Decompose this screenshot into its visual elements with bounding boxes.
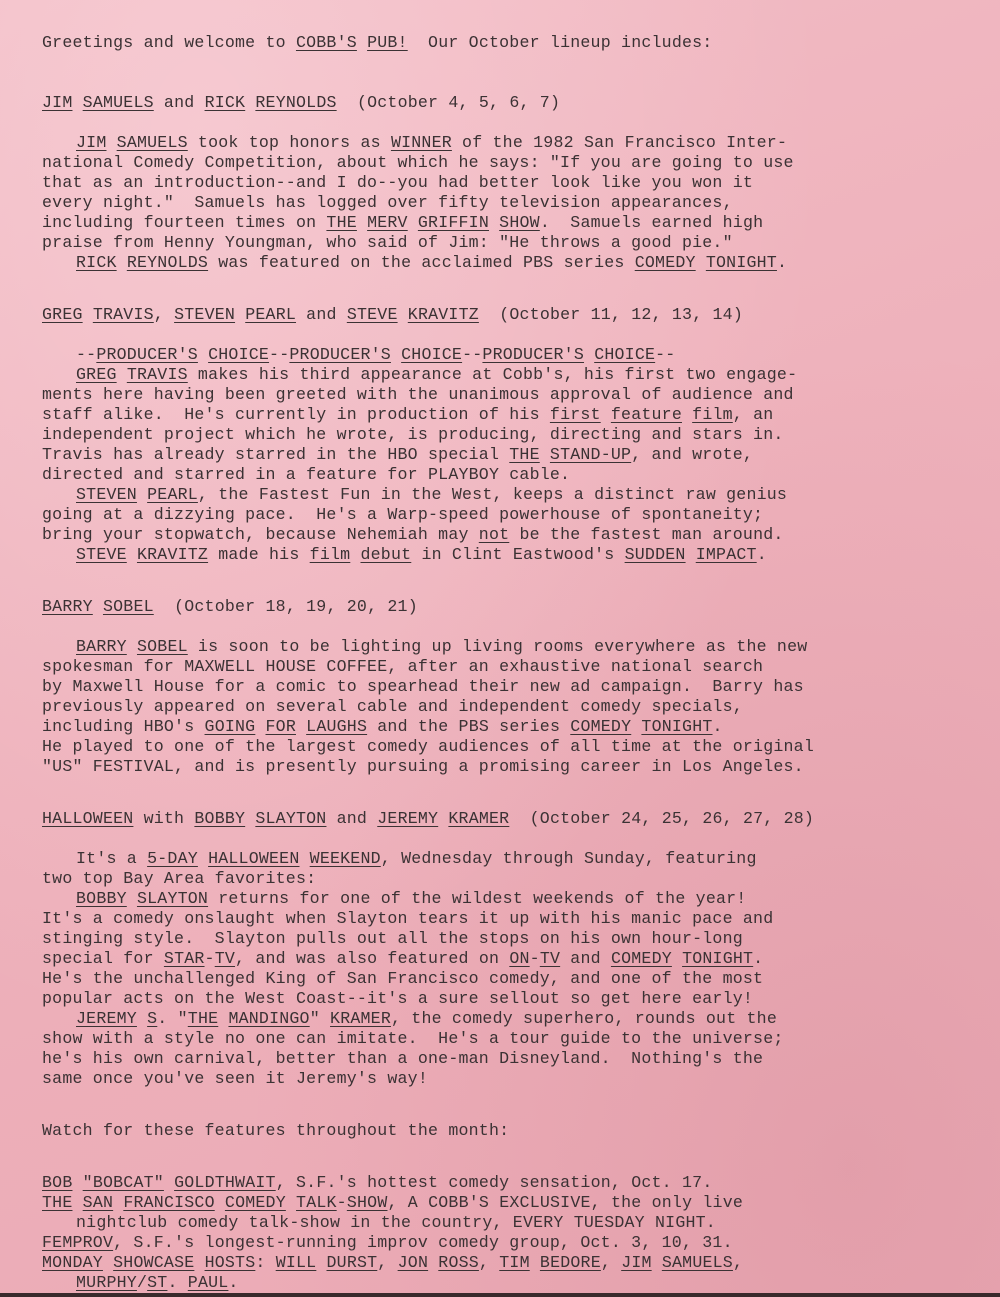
- performer-name-word: STEVE: [347, 305, 398, 324]
- text-run: [164, 1173, 174, 1192]
- text-run: -: [205, 949, 215, 968]
- text-run: /: [137, 1273, 147, 1292]
- text-run: , the Fastest Fun in the West, keeps a d…: [198, 485, 787, 504]
- act-heading: BARRY SOBEL (October 18, 19, 20, 21): [42, 597, 962, 617]
- act-heading: HALLOWEEN with BOBBY SLAYTON and JEREMY …: [42, 809, 962, 829]
- underlined-title: BARRY: [76, 637, 127, 656]
- underlined-title: TALK: [296, 1193, 337, 1212]
- text-run: previously appeared on several cable and…: [42, 697, 743, 716]
- text-run: .: [167, 1273, 187, 1292]
- text-run: , S.F.'s hottest comedy sensation, Oct. …: [276, 1173, 713, 1192]
- spacer: [42, 325, 962, 345]
- underlined-title: JEREMY: [76, 1009, 137, 1028]
- text-run: [127, 545, 137, 564]
- text-run: every night." Samuels has logged over fi…: [42, 193, 733, 212]
- underlined-title: SHOW: [499, 213, 540, 232]
- show-dates: (October 24, 25, 26, 27, 28): [509, 809, 814, 828]
- underlined-title: TIM: [499, 1253, 529, 1272]
- underlined-title: HOSTS: [205, 1253, 256, 1272]
- feature-line: MONDAY SHOWCASE HOSTS: WILL DURST, JON R…: [42, 1253, 962, 1273]
- spacer: [42, 617, 962, 637]
- text-run: , Wednesday through Sunday, featuring: [381, 849, 757, 868]
- text-run: makes his third appearance at Cobb's, hi…: [188, 365, 797, 384]
- greeting-line: Greetings and welcome to COBB'S PUB! Our…: [42, 33, 962, 53]
- text-run: made his: [208, 545, 310, 564]
- table-edge-shadow: [0, 1293, 1000, 1297]
- performer-name-word: STEVEN: [174, 305, 235, 324]
- performer-name-word: KRAVITZ: [408, 305, 479, 324]
- underlined-title: REYNOLDS: [127, 253, 208, 272]
- underlined-title: RICK: [76, 253, 117, 272]
- underlined-title: STEVE: [76, 545, 127, 564]
- text-run: [316, 1253, 326, 1272]
- venue-name-word: COBB'S: [296, 33, 357, 52]
- text-run: ,: [733, 1253, 743, 1272]
- paragraph-line: previously appeared on several cable and…: [42, 697, 962, 717]
- paragraph-line: stinging style. Slayton pulls out all th…: [42, 929, 962, 949]
- show-dates: (October 4, 5, 6, 7): [337, 93, 560, 112]
- text-run: Travis has already starred in the HBO sp…: [42, 445, 509, 464]
- text-run: [255, 717, 265, 736]
- paragraph-line: praise from Henny Youngman, who said of …: [42, 233, 962, 253]
- spacer: [42, 829, 962, 849]
- performer-name-word: PEARL: [245, 305, 296, 324]
- show-dates: (October 18, 19, 20, 21): [154, 597, 418, 616]
- text-run: , A COBB'S EXCLUSIVE, the only live: [387, 1193, 743, 1212]
- underlined-title: GRIFFIN: [418, 213, 489, 232]
- text-run: [682, 405, 692, 424]
- paragraph-line: --PRODUCER'S CHOICE--PRODUCER'S CHOICE--…: [42, 345, 962, 365]
- spacer: [42, 1141, 962, 1173]
- performer-name-word: SAMUELS: [83, 93, 154, 112]
- paragraph-line: every night." Samuels has logged over fi…: [42, 193, 962, 213]
- text-run: popular acts on the West Coast--it's a s…: [42, 989, 753, 1008]
- paragraph-line: including fourteen times on THE MERV GRI…: [42, 213, 962, 233]
- underlined-title: HALLOWEEN: [208, 849, 299, 868]
- text-run: [198, 345, 208, 364]
- feature-line: BOB "BOBCAT" GOLDTHWAIT, S.F.'s hottest …: [42, 1173, 962, 1193]
- text-run: --: [76, 345, 96, 364]
- text-run: [350, 545, 360, 564]
- performer-name-word: BOBBY: [194, 809, 245, 828]
- underlined-title: ST: [147, 1273, 167, 1292]
- greeting-text: Our October lineup includes:: [408, 33, 713, 52]
- monthly-features-list: BOB "BOBCAT" GOLDTHWAIT, S.F.'s hottest …: [42, 1173, 962, 1293]
- paragraph-line: going at a dizzying pace. He's a Warp-sp…: [42, 505, 962, 525]
- paragraph-line: national Comedy Competition, about which…: [42, 153, 962, 173]
- underlined-title: debut: [360, 545, 411, 564]
- text-run: .: [713, 717, 723, 736]
- underlined-title: COMEDY: [570, 717, 631, 736]
- text-run: He played to one of the largest comedy a…: [42, 737, 814, 756]
- text-run: It's a comedy onslaught when Slayton tea…: [42, 909, 773, 928]
- text-run: :: [255, 1253, 275, 1272]
- spacer: [42, 113, 962, 133]
- underlined-title: PAUL: [188, 1273, 229, 1292]
- spacer: [42, 1089, 962, 1121]
- paragraph-line: independent project which he wrote, is p…: [42, 425, 962, 445]
- text-run: stinging style. Slayton pulls out all th…: [42, 929, 743, 948]
- underlined-title: GREG: [76, 365, 117, 384]
- text-run: [631, 717, 641, 736]
- performer-name-word: GREG: [42, 305, 83, 324]
- paragraph-line: Travis has already starred in the HBO sp…: [42, 445, 962, 465]
- text-run: by Maxwell House for a comic to spearhea…: [42, 677, 804, 696]
- underlined-title: GOING: [205, 717, 256, 736]
- underlined-title: not: [479, 525, 509, 544]
- text-run: same once you've seen it Jeremy's way!: [42, 1069, 428, 1088]
- underlined-title: COMEDY: [225, 1193, 286, 1212]
- performer-name-word: JIM: [42, 93, 72, 112]
- performer-name-word: KRAMER: [448, 809, 509, 828]
- underlined-title: WILL: [276, 1253, 317, 1272]
- text-run: show with a style no one can imitate. He…: [42, 1029, 784, 1048]
- feature-line: MURPHY/ST. PAUL.: [42, 1273, 962, 1293]
- paragraph-line: It's a 5-DAY HALLOWEEN WEEKEND, Wednesda…: [42, 849, 962, 869]
- performer-name-word: REYNOLDS: [255, 93, 336, 112]
- text-run: "US" FESTIVAL, and is presently pursuing…: [42, 757, 804, 776]
- text-run: [601, 405, 611, 424]
- text-run: .: [757, 545, 767, 564]
- text-run: . ": [157, 1009, 187, 1028]
- text-run: be the fastest man around.: [509, 525, 783, 544]
- text-run: --: [655, 345, 675, 364]
- underlined-title: SHOW: [347, 1193, 388, 1212]
- text-run: [357, 213, 367, 232]
- underlined-title: TV: [215, 949, 235, 968]
- text-run: ,: [377, 1253, 397, 1272]
- spacer: [42, 777, 962, 809]
- text-run: [300, 849, 310, 868]
- venue-name-word: PUB!: [367, 33, 408, 52]
- underlined-title: PRODUCER'S: [96, 345, 198, 364]
- underlined-title: 5-DAY: [147, 849, 198, 868]
- paragraph-line: "US" FESTIVAL, and is presently pursuing…: [42, 757, 962, 777]
- paragraph-line: ments here having been greeted with the …: [42, 385, 962, 405]
- underlined-title: WEEKEND: [310, 849, 381, 868]
- text-run: ments here having been greeted with the …: [42, 385, 794, 404]
- text-run: and: [560, 949, 611, 968]
- feature-line: FEMPROV, S.F.'s longest-running improv c…: [42, 1233, 962, 1253]
- performer-name-word: BARRY: [42, 597, 93, 616]
- text-run: including fourteen times on: [42, 213, 326, 232]
- paragraph-line: STEVEN PEARL, the Fastest Fun in the Wes…: [42, 485, 962, 505]
- underlined-title: DURST: [327, 1253, 378, 1272]
- text-run: , and wrote,: [631, 445, 753, 464]
- text-run: [198, 849, 208, 868]
- underlined-title: SAN: [83, 1193, 113, 1212]
- underlined-title: THE: [509, 445, 539, 464]
- underlined-title: S: [147, 1009, 157, 1028]
- underlined-title: CHOICE: [594, 345, 655, 364]
- text-run: [408, 213, 418, 232]
- feature-line: nightclub comedy talk-show in the countr…: [42, 1213, 962, 1233]
- performer-name-word: RICK: [205, 93, 246, 112]
- performer-name-word: SOBEL: [103, 597, 154, 616]
- text-run: , and was also featured on: [235, 949, 509, 968]
- text-run: [127, 637, 137, 656]
- underlined-title: FOR: [266, 717, 296, 736]
- underlined-title: JIM: [76, 133, 106, 152]
- text-run: two top Bay Area favorites:: [42, 869, 316, 888]
- text-run: independent project which he wrote, is p…: [42, 425, 784, 444]
- underlined-title: CHOICE: [401, 345, 462, 364]
- underlined-title: film: [310, 545, 351, 564]
- underlined-title: TONIGHT: [682, 949, 753, 968]
- underlined-title: TONIGHT: [706, 253, 777, 272]
- underlined-title: SHOWCASE: [113, 1253, 194, 1272]
- spacer: [42, 53, 962, 93]
- text-run: ": [310, 1009, 330, 1028]
- text-run: and the PBS series: [367, 717, 570, 736]
- text-run: bring your stopwatch, because Nehemiah m…: [42, 525, 479, 544]
- text-run: [286, 1193, 296, 1212]
- feature-line: THE SAN FRANCISCO COMEDY TALK-SHOW, A CO…: [42, 1193, 962, 1213]
- paragraph-line: BARRY SOBEL is soon to be lighting up li…: [42, 637, 962, 657]
- paragraph-line: STEVE KRAVITZ made his film debut in Cli…: [42, 545, 962, 565]
- underlined-title: MERV: [367, 213, 408, 232]
- text-run: that as an introduction--and I do--you h…: [42, 173, 753, 192]
- text-run: directed and starred in a feature for PL…: [42, 465, 570, 484]
- paragraph-line: staff alike. He's currently in productio…: [42, 405, 962, 425]
- text-run: .: [228, 1273, 238, 1292]
- text-run: , the comedy superhero, rounds out the: [391, 1009, 777, 1028]
- paragraph-line: including HBO's GOING FOR LAUGHS and the…: [42, 717, 962, 737]
- paragraph-line: It's a comedy onslaught when Slayton tea…: [42, 909, 962, 929]
- underlined-title: feature: [611, 405, 682, 424]
- paragraph-line: JEREMY S. "THE MANDINGO" KRAMER, the com…: [42, 1009, 962, 1029]
- underlined-title: STEVEN: [76, 485, 137, 504]
- text-run: ,: [601, 1253, 621, 1272]
- underlined-title: STAND-UP: [550, 445, 631, 464]
- text-run: [391, 345, 401, 364]
- text-run: [106, 133, 116, 152]
- text-run: --: [269, 345, 289, 364]
- paragraph-line: same once you've seen it Jeremy's way!: [42, 1069, 962, 1089]
- text-run: [540, 445, 550, 464]
- text-run: [137, 1009, 147, 1028]
- underlined-title: BEDORE: [540, 1253, 601, 1272]
- text-run: [686, 545, 696, 564]
- text-run: -: [337, 1193, 347, 1212]
- underlined-title: JON: [398, 1253, 428, 1272]
- underlined-title: THE: [326, 213, 356, 232]
- text-run: , an: [733, 405, 774, 424]
- text-run: [72, 1193, 82, 1212]
- underlined-title: KRAMER: [330, 1009, 391, 1028]
- text-run: returns for one of the wildest weekends …: [208, 889, 746, 908]
- text-run: [584, 345, 594, 364]
- greeting-text: Greetings and welcome to: [42, 33, 296, 52]
- paragraph-line: JIM SAMUELS took top honors as WINNER of…: [42, 133, 962, 153]
- text-run: is soon to be lighting up living rooms e…: [188, 637, 808, 656]
- underlined-title: SLAYTON: [137, 889, 208, 908]
- underlined-title: MURPHY: [76, 1273, 137, 1292]
- underlined-title: PRODUCER'S: [289, 345, 391, 364]
- text-run: [296, 717, 306, 736]
- spacer: [42, 565, 962, 597]
- text-run: took top honors as: [188, 133, 391, 152]
- paragraph-line: show with a style no one can imitate. He…: [42, 1029, 962, 1049]
- text-run: [113, 1193, 123, 1212]
- underlined-title: LAUGHS: [306, 717, 367, 736]
- text-run: [103, 1253, 113, 1272]
- text-run: [530, 1253, 540, 1272]
- underlined-title: TV: [540, 949, 560, 968]
- underlined-title: WINNER: [391, 133, 452, 152]
- text-run: [215, 1193, 225, 1212]
- text-run: ,: [479, 1253, 499, 1272]
- underlined-title: THE: [188, 1009, 218, 1028]
- lineup-sections: JIM SAMUELS and RICK REYNOLDS (October 4…: [42, 53, 962, 1089]
- text-run: [127, 889, 137, 908]
- text-run: [652, 1253, 662, 1272]
- text-run: . Samuels earned high: [540, 213, 763, 232]
- underlined-title: CHOICE: [208, 345, 269, 364]
- text-run: [117, 253, 127, 272]
- text-run: [696, 253, 706, 272]
- paragraph-line: GREG TRAVIS makes his third appearance a…: [42, 365, 962, 385]
- underlined-title: MANDINGO: [228, 1009, 309, 1028]
- underlined-title: SUDDEN: [625, 545, 686, 564]
- text-run: [117, 365, 127, 384]
- paragraph-line: that as an introduction--and I do--you h…: [42, 173, 962, 193]
- underlined-title: FEMPROV: [42, 1233, 113, 1252]
- paragraph-line: BOBBY SLAYTON returns for one of the wil…: [42, 889, 962, 909]
- underlined-title: SAMUELS: [662, 1253, 733, 1272]
- text-run: --: [462, 345, 482, 364]
- underlined-title: JIM: [621, 1253, 651, 1272]
- text-run: -: [530, 949, 540, 968]
- text-run: spokesman for MAXWELL HOUSE COFFEE, afte…: [42, 657, 763, 676]
- underlined-title: SAMUELS: [117, 133, 188, 152]
- lineup-flyer: Greetings and welcome to COBB'S PUB! Our…: [42, 33, 962, 1293]
- act-heading: JIM SAMUELS and RICK REYNOLDS (October 4…: [42, 93, 962, 113]
- text-run: he's his own carnival, better than a one…: [42, 1049, 763, 1068]
- text-run: going at a dizzying pace. He's a Warp-sp…: [42, 505, 763, 524]
- underlined-title: TONIGHT: [641, 717, 712, 736]
- paragraph-line: by Maxwell House for a comic to spearhea…: [42, 677, 962, 697]
- underlined-title: first: [550, 405, 601, 424]
- underlined-title: PRODUCER'S: [482, 345, 584, 364]
- text-run: was featured on the acclaimed PBS series: [208, 253, 635, 272]
- text-run: in Clint Eastwood's: [411, 545, 624, 564]
- text-run: .: [753, 949, 763, 968]
- paragraph-line: he's his own carnival, better than a one…: [42, 1049, 962, 1069]
- underlined-title: COMEDY: [635, 253, 696, 272]
- text-run: .: [777, 253, 787, 272]
- text-run: including HBO's: [42, 717, 205, 736]
- underlined-title: SOBEL: [137, 637, 188, 656]
- text-run: [672, 949, 682, 968]
- underlined-title: STAR: [164, 949, 205, 968]
- performer-name-word: HALLOWEEN: [42, 809, 133, 828]
- underlined-title: KRAVITZ: [137, 545, 208, 564]
- paragraph-line: bring your stopwatch, because Nehemiah m…: [42, 525, 962, 545]
- paragraph-line: popular acts on the West Coast--it's a s…: [42, 989, 962, 1009]
- performer-name-word: SLAYTON: [255, 809, 326, 828]
- underlined-title: PEARL: [147, 485, 198, 504]
- text-run: of the 1982 San Francisco Inter-: [452, 133, 787, 152]
- text-run: He's the unchallenged King of San Franci…: [42, 969, 763, 988]
- paragraph-line: RICK REYNOLDS was featured on the acclai…: [42, 253, 962, 273]
- text-run: [428, 1253, 438, 1272]
- underlined-title: BOB: [42, 1173, 72, 1192]
- text-run: It's a: [76, 849, 147, 868]
- underlined-title: ROSS: [438, 1253, 479, 1272]
- underlined-title: ON: [509, 949, 529, 968]
- spacer: [42, 273, 962, 305]
- text-run: [194, 1253, 204, 1272]
- underlined-title: FRANCISCO: [123, 1193, 214, 1212]
- paragraph-line: special for STAR-TV, and was also featur…: [42, 949, 962, 969]
- text-run: national Comedy Competition, about which…: [42, 153, 794, 172]
- text-run: praise from Henny Youngman, who said of …: [42, 233, 733, 252]
- paragraph-line: He played to one of the largest comedy a…: [42, 737, 962, 757]
- text-run: [489, 213, 499, 232]
- text-run: special for: [42, 949, 164, 968]
- text-run: staff alike. He's currently in productio…: [42, 405, 550, 424]
- underlined-title: GOLDTHWAIT: [174, 1173, 276, 1192]
- underlined-title: TRAVIS: [127, 365, 188, 384]
- show-dates: (October 11, 12, 13, 14): [479, 305, 743, 324]
- text-run: [72, 1173, 82, 1192]
- text-run: [137, 485, 147, 504]
- underlined-title: BOBBY: [76, 889, 127, 908]
- underlined-title: THE: [42, 1193, 72, 1212]
- paragraph-line: He's the unchallenged King of San Franci…: [42, 969, 962, 989]
- performer-name-word: JEREMY: [377, 809, 438, 828]
- features-intro: Watch for these features throughout the …: [42, 1121, 962, 1141]
- paragraph-line: two top Bay Area favorites:: [42, 869, 962, 889]
- underlined-title: MONDAY: [42, 1253, 103, 1272]
- text-run: [218, 1009, 228, 1028]
- text-run: , S.F.'s longest-running improv comedy g…: [113, 1233, 733, 1252]
- paragraph-line: directed and starred in a feature for PL…: [42, 465, 962, 485]
- underlined-title: IMPACT: [696, 545, 757, 564]
- underlined-title: "BOBCAT": [83, 1173, 164, 1192]
- act-heading: GREG TRAVIS, STEVEN PEARL and STEVE KRAV…: [42, 305, 962, 325]
- paragraph-line: spokesman for MAXWELL HOUSE COFFEE, afte…: [42, 657, 962, 677]
- underlined-title: film: [692, 405, 733, 424]
- text-run: nightclub comedy talk-show in the countr…: [76, 1213, 716, 1232]
- performer-name-word: TRAVIS: [93, 305, 154, 324]
- underlined-title: COMEDY: [611, 949, 672, 968]
